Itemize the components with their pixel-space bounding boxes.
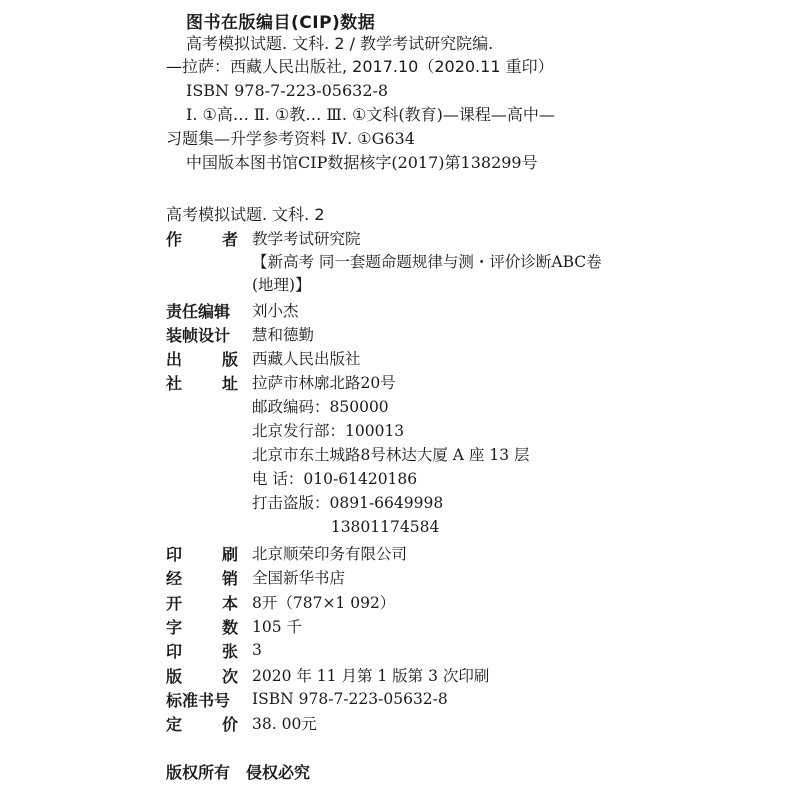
value-format: 8开（787×1 092） [252, 591, 395, 613]
label-edition: 版 次 [166, 664, 238, 687]
label-char: 销 [222, 566, 238, 589]
label-text: 装帧设计 [166, 323, 230, 346]
row-word-count: 字 数 105 千 [166, 614, 302, 638]
cip-heading: 图书在版编目(CIP)数据 [186, 8, 375, 33]
label-text: 责任编辑 [166, 299, 230, 322]
cip-line-3: ISBN 978-7-223-05632-8 [186, 80, 388, 102]
value-edition: 2020 年 11 月第 1 版第 3 次印刷 [252, 664, 489, 686]
row-distributor: 经 销 全国新华书店 [166, 565, 345, 589]
value-address: 拉萨市林廓北路20号 [252, 371, 396, 393]
value-sheets: 3 [252, 641, 262, 659]
label-char: 作 [166, 227, 182, 250]
label-char: 版 [166, 664, 182, 687]
label-char: 印 [166, 639, 182, 662]
row-price: 定 价 38. 00元 [166, 711, 317, 735]
value-publisher: 西藏人民出版社 [252, 347, 361, 369]
row-publisher: 出 版 西藏人民出版社 [166, 346, 361, 370]
label-sheets: 印 张 [166, 639, 238, 662]
label-char: 刷 [222, 542, 238, 565]
series-line-2: (地理)】 [252, 273, 311, 297]
label-publisher: 出 版 [166, 347, 238, 370]
label-char: 定 [166, 712, 182, 735]
label-address: 社 址 [166, 371, 238, 394]
label-char: 字 [166, 615, 182, 638]
label-char: 版 [222, 347, 238, 370]
row-sheets: 印 张 3 [166, 638, 262, 662]
label-char: 价 [222, 712, 238, 735]
cip-line-2: —拉萨：西藏人民出版社, 2017.10（2020.11 重印） [166, 56, 554, 78]
label-author: 作 者 [166, 227, 238, 250]
row-editor: 责任编辑 刘小杰 [166, 298, 299, 322]
value-printer: 北京顺荣印务有限公司 [252, 542, 407, 564]
address-beijing-location: 北京市东土城路8号林达大厦 A 座 13 层 [252, 443, 530, 467]
label-distributor: 经 销 [166, 566, 238, 589]
label-isbn: 标准书号 [166, 688, 238, 711]
row-edition: 版 次 2020 年 11 月第 1 版第 3 次印刷 [166, 663, 489, 687]
label-format: 开 本 [166, 591, 238, 614]
label-char: 本 [222, 591, 238, 614]
value-word-count: 105 千 [252, 615, 302, 637]
label-char: 开 [166, 591, 182, 614]
copyright-page: 图书在版编目(CIP)数据 高考模拟试题. 文科. 2 / 教学考试研究院编. … [0, 0, 800, 800]
label-editor: 责任编辑 [166, 299, 238, 322]
label-design: 装帧设计 [166, 323, 238, 346]
cip-line-4: Ⅰ. ①高… Ⅱ. ①教… Ⅲ. ①文科(教育)—课程—高中— [186, 104, 555, 126]
label-printer: 印 刷 [166, 542, 238, 565]
value-editor: 刘小杰 [252, 299, 299, 321]
label-char: 址 [222, 371, 238, 394]
label-char: 出 [166, 347, 182, 370]
address-antipiracy: 打击盗版：0891-6649998 [252, 491, 443, 515]
value-design: 慧和德勤 [252, 323, 314, 345]
book-title: 高考模拟试题. 文科. 2 [166, 202, 325, 225]
row-design: 装帧设计 慧和德勤 [166, 322, 314, 346]
value-price: 38. 00元 [252, 712, 317, 734]
value-isbn: ISBN 978-7-223-05632-8 [252, 690, 448, 708]
label-char: 者 [222, 227, 238, 250]
label-char: 印 [166, 542, 182, 565]
copyright-left: 版权所有 [166, 763, 230, 782]
copyright-right: 侵权必究 [246, 763, 310, 782]
label-char: 数 [222, 615, 238, 638]
copyright-notice: 版权所有侵权必究 [166, 760, 310, 783]
value-author: 教学考试研究院 [252, 227, 361, 249]
address-phone: 电 话：010-61420186 [252, 467, 417, 491]
series-line-1: 【新高考 同一套题命题规律与测・评价诊断ABC卷 [252, 250, 602, 274]
label-char: 社 [166, 371, 182, 394]
cip-line-6: 中国版本图书馆CIP数据核字(2017)第138299号 [186, 152, 538, 174]
label-char: 经 [166, 566, 182, 589]
cip-line-1: 高考模拟试题. 文科. 2 / 教学考试研究院编. [186, 33, 493, 55]
label-char: 张 [222, 639, 238, 662]
row-printer: 印 刷 北京顺荣印务有限公司 [166, 541, 407, 565]
address-postcode: 邮政编码：850000 [252, 395, 389, 419]
row-format: 开 本 8开（787×1 092） [166, 590, 395, 614]
row-author: 作 者 教学考试研究院 [166, 226, 361, 250]
row-isbn: 标准书号 ISBN 978-7-223-05632-8 [166, 687, 448, 711]
value-distributor: 全国新华书店 [252, 566, 345, 588]
label-char: 次 [222, 664, 238, 687]
label-text: 标准书号 [166, 688, 230, 711]
row-address: 社 址 拉萨市林廓北路20号 [166, 370, 396, 394]
address-beijing-dept: 北京发行部：100013 [252, 419, 404, 443]
label-word-count: 字 数 [166, 615, 238, 638]
label-price: 定 价 [166, 712, 238, 735]
cip-line-5: 习题集—升学参考资料 Ⅳ. ①G634 [166, 128, 415, 150]
address-antipiracy-mobile: 13801174584 [252, 515, 439, 539]
